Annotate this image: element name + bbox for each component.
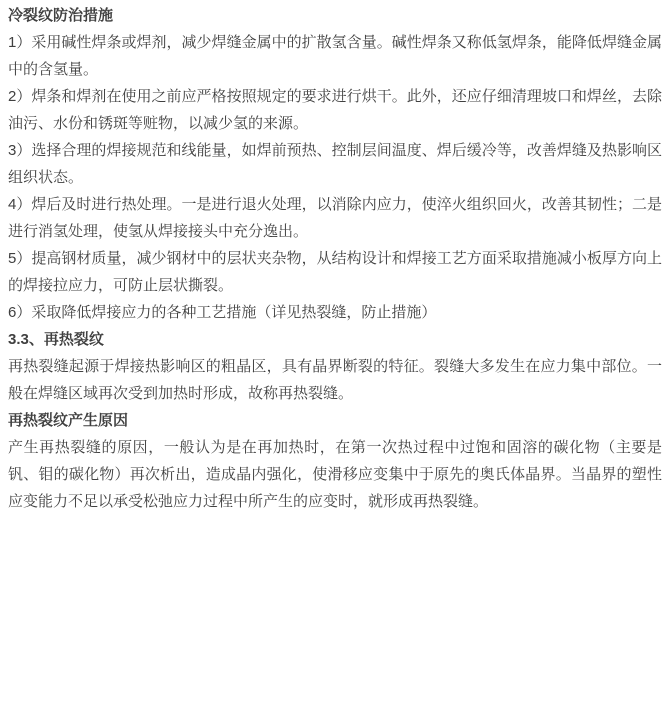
paragraph-reheat-crack-intro: 再热裂缝起源于焊接热影响区的粗晶区，具有晶界断裂的特征。裂缝大多发生在应力集中部… xyxy=(8,353,662,407)
section-heading-reheat-crack-cause: 再热裂纹产生原因 xyxy=(8,407,662,434)
paragraph-measure-2: 2）焊条和焊剂在使用之前应严格按照规定的要求进行烘干。此外，还应仔细清理坡口和焊… xyxy=(8,83,662,137)
paragraph-measure-4: 4）焊后及时进行热处理。一是进行退火处理，以消除内应力，使淬火组织回火，改善其韧… xyxy=(8,191,662,245)
paragraph-measure-3: 3）选择合理的焊接规范和线能量，如焊前预热、控制层间温度、焊后缓冷等，改善焊缝及… xyxy=(8,137,662,191)
paragraph-measure-1: 1）采用碱性焊条或焊剂，减少焊缝金属中的扩散氢含量。碱性焊条又称低氢焊条，能降低… xyxy=(8,29,662,83)
section-heading-reheat-crack: 3.3、再热裂纹 xyxy=(8,326,662,353)
paragraph-measure-5: 5）提高钢材质量，减少钢材中的层状夹杂物，从结构设计和焊接工艺方面采取措施减小板… xyxy=(8,245,662,299)
section-heading-cold-crack-prevention: 冷裂纹防治措施 xyxy=(8,2,662,29)
paragraph-reheat-crack-cause: 产生再热裂缝的原因，一般认为是在再加热时，在第一次热过程中过饱和固溶的碳化物（主… xyxy=(8,434,662,515)
article-body: 冷裂纹防治措施 1）采用碱性焊条或焊剂，减少焊缝金属中的扩散氢含量。碱性焊条又称… xyxy=(0,0,670,515)
paragraph-measure-6: 6）采取降低焊接应力的各种工艺措施（详见热裂缝，防止措施） xyxy=(8,299,662,326)
